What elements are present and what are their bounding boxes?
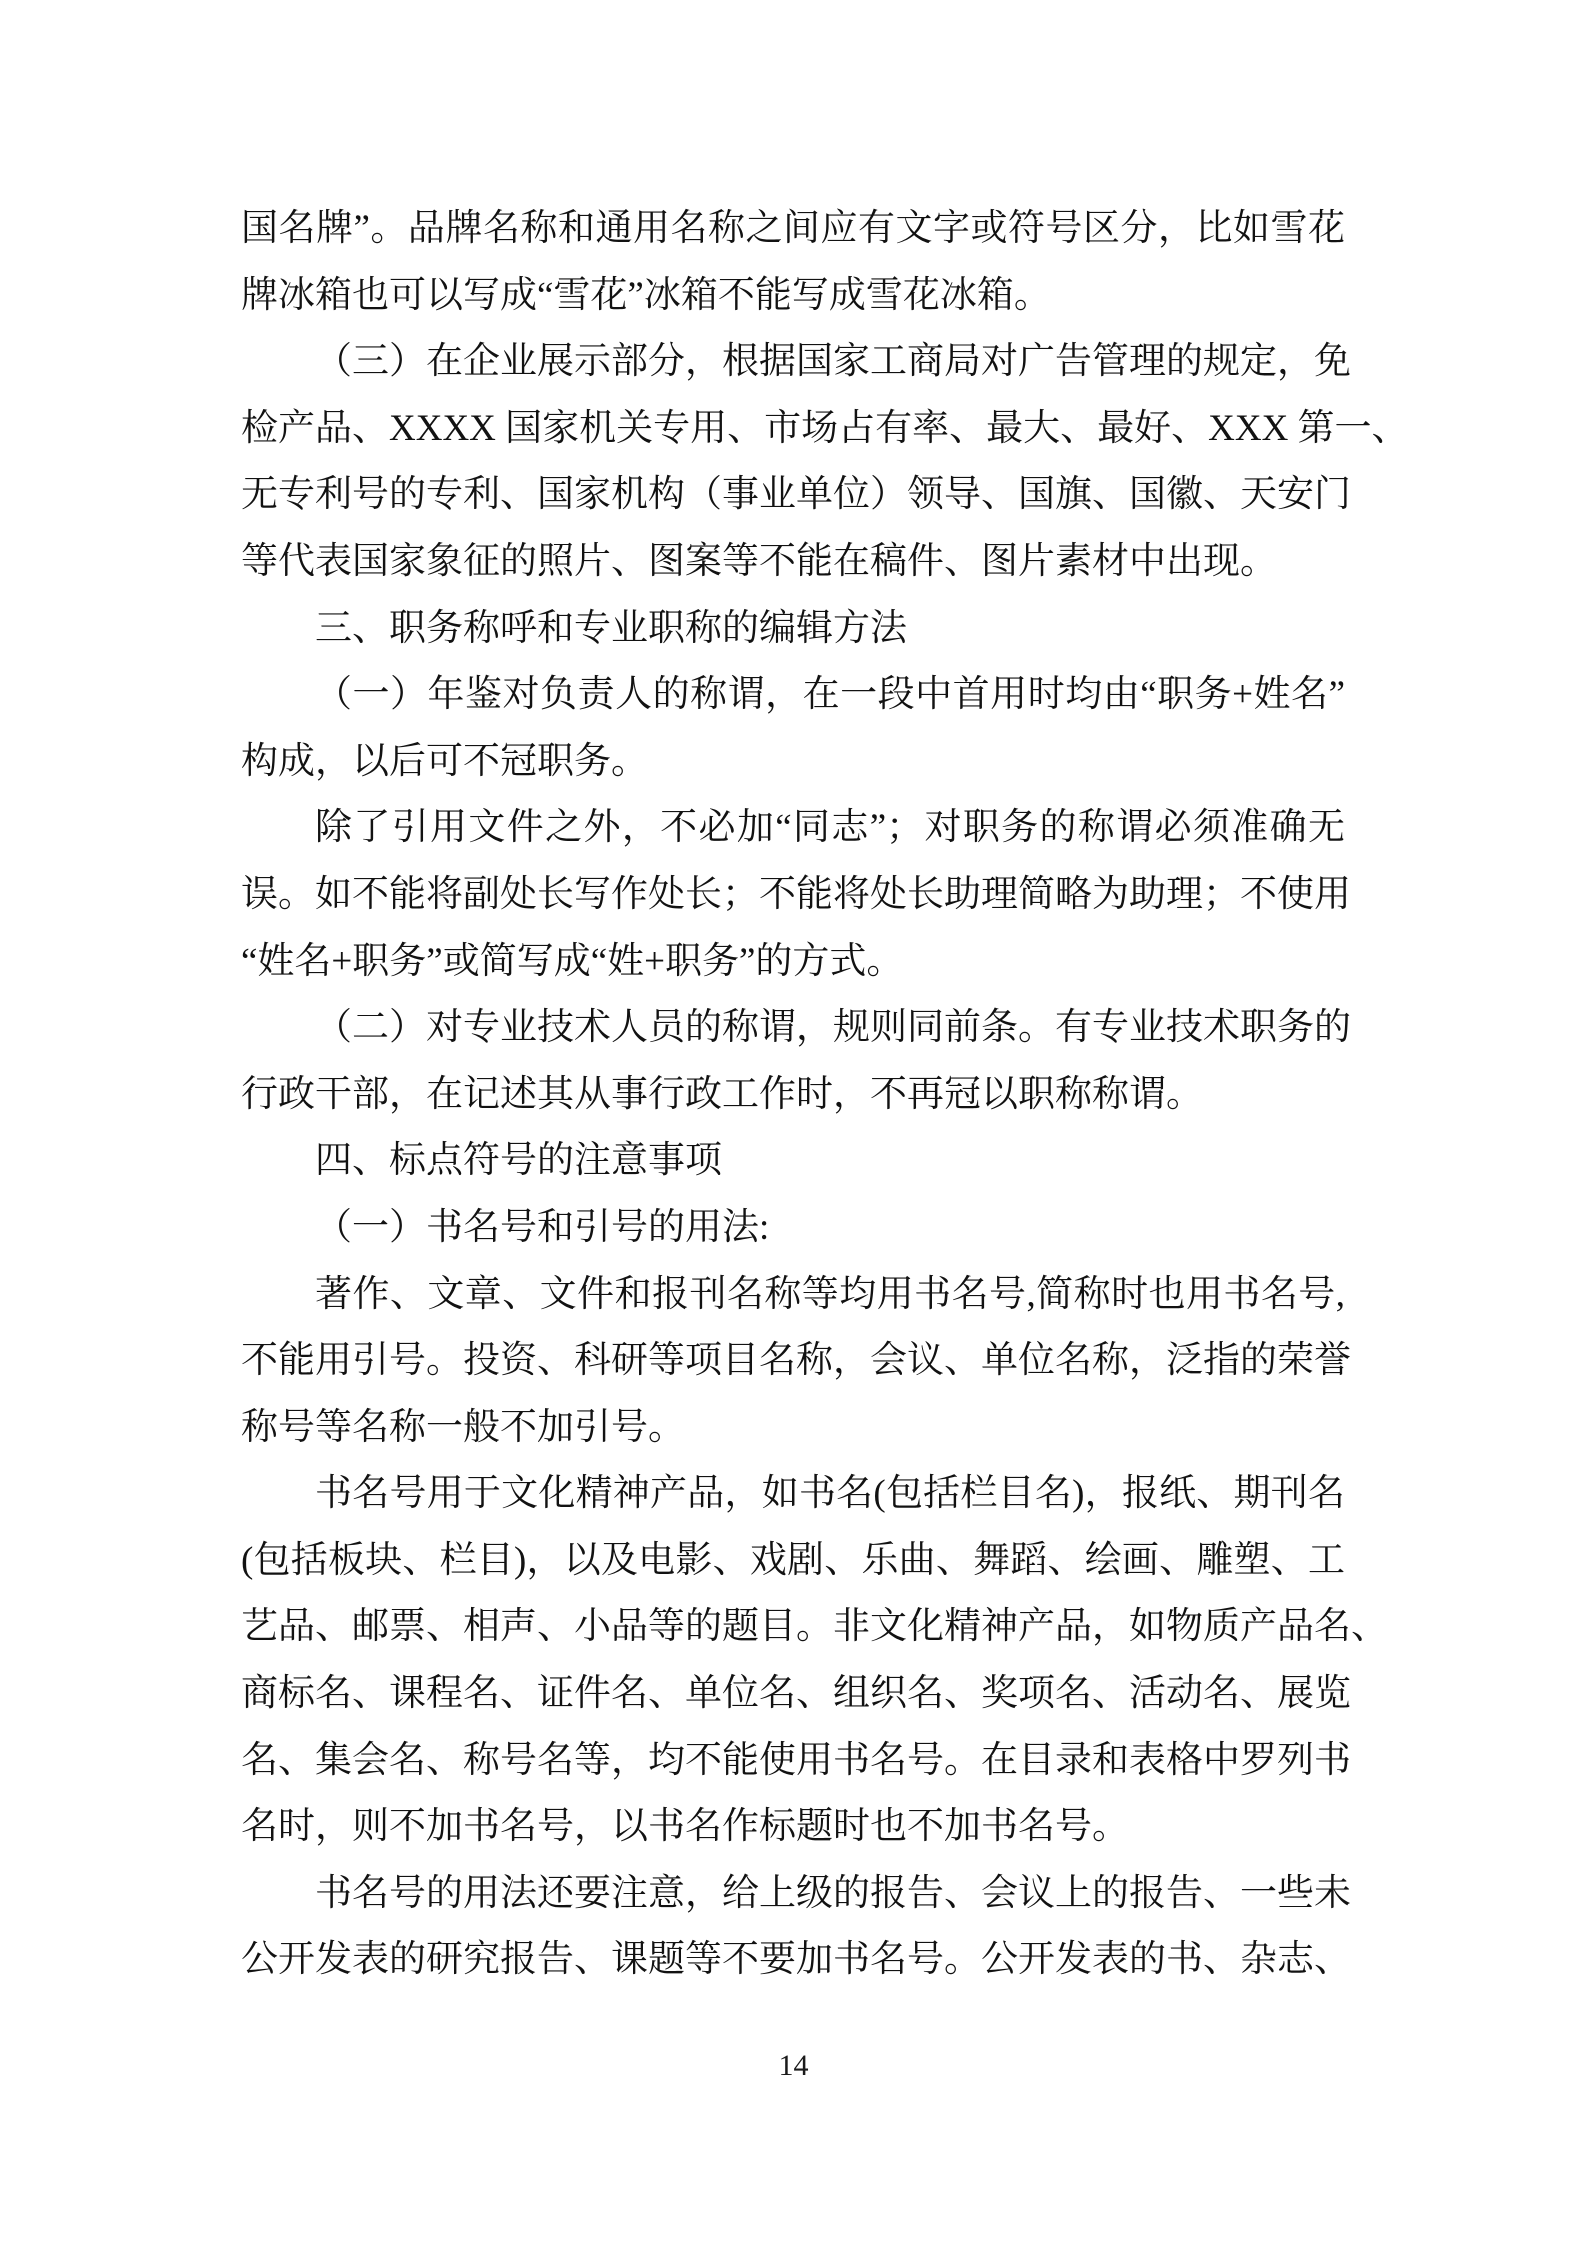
text-line: （一）年鉴对负责人的称谓，在一段中首用时均由“职务+姓名” <box>241 662 1345 729</box>
text-line: 除了引用文件之外，不必加“同志”；对职务的称谓必须准确无 <box>241 795 1345 862</box>
text-line: 艺品、邮票、相声、小品等的题目。非文化精神产品，如物质产品名、 <box>241 1594 1345 1661</box>
text-line: 书名号用于文化精神产品，如书名(包括栏目名)，报纸、期刊名 <box>241 1461 1345 1528</box>
text-line: 牌冰箱也可以写成“雪花”冰箱不能写成雪花冰箱。 <box>241 263 1345 330</box>
text-line: （三）在企业展示部分，根据国家工商局对广告管理的规定，免 <box>241 329 1345 396</box>
text-line: 构成，以后可不冠职务。 <box>241 729 1345 796</box>
text-line: 检产品、XXXX 国家机关专用、市场占有率、最大、最好、XXX 第一、 <box>241 396 1345 463</box>
document-body: 国名牌”。品牌名称和通用名称之间应有文字或符号区分，比如雪花 牌冰箱也可以写成“… <box>241 196 1345 1994</box>
section-heading: 三、职务称呼和专业职称的编辑方法 <box>241 596 1345 663</box>
text-line: 无专利号的专利、国家机构（事业单位）领导、国旗、国徽、天安门 <box>241 462 1345 529</box>
text-line: 商标名、课程名、证件名、单位名、组织名、奖项名、活动名、展览 <box>241 1661 1345 1728</box>
page-number: 14 <box>0 2046 1587 2086</box>
text-line: 国名牌”。品牌名称和通用名称之间应有文字或符号区分，比如雪花 <box>241 196 1345 263</box>
text-line: 不能用引号。投资、科研等项目名称，会议、单位名称，泛指的荣誉 <box>241 1328 1345 1395</box>
text-line: （一）书名号和引号的用法: <box>241 1195 1345 1262</box>
text-line: 误。如不能将副处长写作处长；不能将处长助理简略为助理；不使用 <box>241 862 1345 929</box>
document-page: 国名牌”。品牌名称和通用名称之间应有文字或符号区分，比如雪花 牌冰箱也可以写成“… <box>0 0 1587 2245</box>
text-line: 公开发表的研究报告、课题等不要加书名号。公开发表的书、杂志、 <box>241 1927 1345 1994</box>
text-line: 行政干部，在记述其从事行政工作时，不再冠以职称称谓。 <box>241 1062 1345 1129</box>
text-line: (包括板块、栏目)，以及电影、戏剧、乐曲、舞蹈、绘画、雕塑、工 <box>241 1528 1345 1595</box>
text-line: 书名号的用法还要注意，给上级的报告、会议上的报告、一些未 <box>241 1861 1345 1928</box>
text-line: “姓名+职务”或简写成“姓+职务”的方式。 <box>241 929 1345 996</box>
section-heading: 四、标点符号的注意事项 <box>241 1128 1345 1195</box>
text-line: 等代表国家象征的照片、图案等不能在稿件、图片素材中出现。 <box>241 529 1345 596</box>
text-line: 称号等名称一般不加引号。 <box>241 1395 1345 1462</box>
text-line: 名时，则不加书名号，以书名作标题时也不加书名号。 <box>241 1794 1345 1861</box>
text-line: 著作、文章、文件和报刊名称等均用书名号,简称时也用书名号, <box>241 1262 1345 1329</box>
text-line: （二）对专业技术人员的称谓，规则同前条。有专业技术职务的 <box>241 995 1345 1062</box>
text-line: 名、集会名、称号名等，均不能使用书名号。在目录和表格中罗列书 <box>241 1728 1345 1795</box>
